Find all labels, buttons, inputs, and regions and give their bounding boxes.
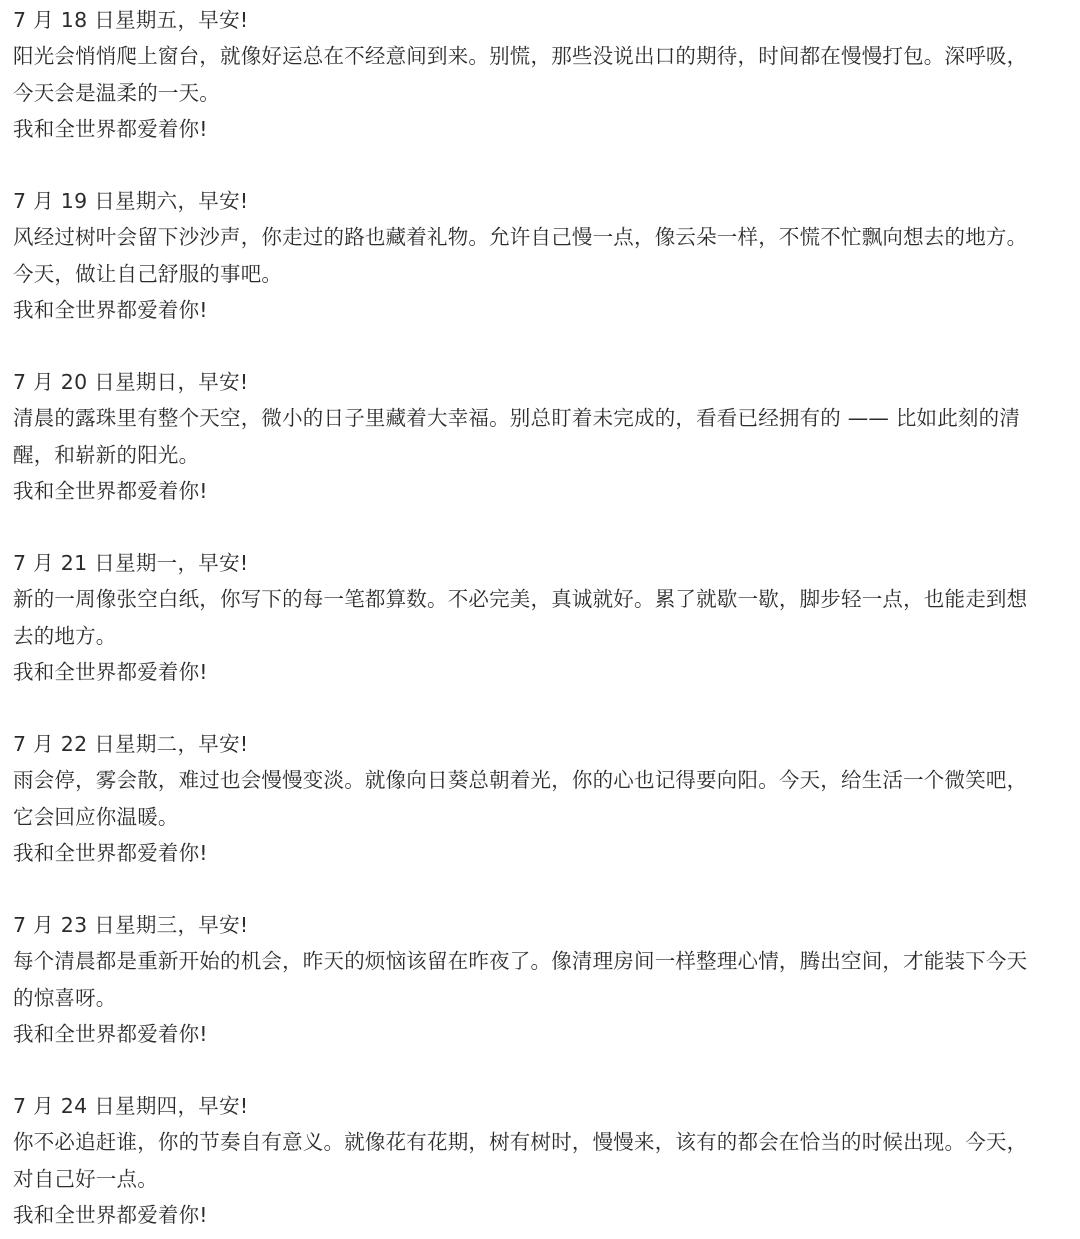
- entry-body-line: 今天会是温柔的一天。: [13, 75, 1065, 111]
- entry-body-line: 清晨的露珠里有整个天空，微小的日子里藏着大幸福。别总盯着未完成的，看看已经拥有的…: [13, 400, 1065, 436]
- entry-body-line: 每个清晨都是重新开始的机会，昨天的烦恼该留在昨夜了。像清理房间一样整理心情，腾出…: [13, 943, 1065, 979]
- entry-body-line: 今天，做让自己舒服的事吧。: [13, 256, 1065, 292]
- greeting-entry-jul-23: 7 月 23 日星期三，早安! 每个清晨都是重新开始的机会，昨天的烦恼该留在昨夜…: [13, 907, 1065, 1052]
- greeting-entry-jul-21: 7 月 21 日星期一，早安! 新的一周像张空白纸，你写下的每一笔都算数。不必完…: [13, 545, 1065, 690]
- greeting-entry-jul-19: 7 月 19 日星期六，早安! 风经过树叶会留下沙沙声，你走过的路也藏着礼物。允…: [13, 183, 1065, 328]
- greeting-entry-jul-22: 7 月 22 日星期二，早安! 雨会停，雾会散，难过也会慢慢变淡。就像向日葵总朝…: [13, 726, 1065, 871]
- entry-body-line: 新的一周像张空白纸，你写下的每一笔都算数。不必完美，真诚就好。累了就歇一歇，脚步…: [13, 581, 1065, 617]
- entry-date-heading: 7 月 22 日星期二，早安!: [13, 726, 1065, 762]
- entry-body-line: 醒，和崭新的阳光。: [13, 437, 1065, 473]
- entry-date-heading: 7 月 18 日星期五，早安!: [13, 2, 1065, 38]
- entry-closing: 我和全世界都爱着你!: [13, 1197, 1065, 1233]
- entry-body-line: 它会回应你温暖。: [13, 799, 1065, 835]
- entry-closing: 我和全世界都爱着你!: [13, 292, 1065, 328]
- greeting-entry-jul-20: 7 月 20 日星期日，早安! 清晨的露珠里有整个天空，微小的日子里藏着大幸福。…: [13, 364, 1065, 509]
- greeting-entry-jul-24: 7 月 24 日星期四，早安! 你不必追赶谁，你的节奏自有意义。就像花有花期，树…: [13, 1088, 1065, 1233]
- entry-body-line: 风经过树叶会留下沙沙声，你走过的路也藏着礼物。允许自己慢一点，像云朵一样，不慌不…: [13, 219, 1065, 255]
- entry-closing: 我和全世界都爱着你!: [13, 473, 1065, 509]
- entry-date-heading: 7 月 20 日星期日，早安!: [13, 364, 1065, 400]
- entry-body-line: 的惊喜呀。: [13, 980, 1065, 1016]
- entry-body-line: 雨会停，雾会散，难过也会慢慢变淡。就像向日葵总朝着光，你的心也记得要向阳。今天，…: [13, 762, 1065, 798]
- entry-closing: 我和全世界都爱着你!: [13, 111, 1065, 147]
- entry-date-heading: 7 月 19 日星期六，早安!: [13, 183, 1065, 219]
- entry-body-line: 去的地方。: [13, 618, 1065, 654]
- entry-date-heading: 7 月 23 日星期三，早安!: [13, 907, 1065, 943]
- morning-greetings-document: 7 月 18 日星期五，早安! 阳光会悄悄爬上窗台，就像好运总在不经意间到来。别…: [0, 0, 1080, 1239]
- entry-date-heading: 7 月 21 日星期一，早安!: [13, 545, 1065, 581]
- greeting-entry-jul-18: 7 月 18 日星期五，早安! 阳光会悄悄爬上窗台，就像好运总在不经意间到来。别…: [13, 2, 1065, 147]
- entry-closing: 我和全世界都爱着你!: [13, 1016, 1065, 1052]
- entry-date-heading: 7 月 24 日星期四，早安!: [13, 1088, 1065, 1124]
- entry-closing: 我和全世界都爱着你!: [13, 835, 1065, 871]
- entry-body-line: 你不必追赶谁，你的节奏自有意义。就像花有花期，树有树时，慢慢来，该有的都会在恰当…: [13, 1124, 1065, 1160]
- entry-body-line: 阳光会悄悄爬上窗台，就像好运总在不经意间到来。别慌，那些没说出口的期待，时间都在…: [13, 38, 1065, 74]
- entry-closing: 我和全世界都爱着你!: [13, 654, 1065, 690]
- entry-body-line: 对自己好一点。: [13, 1161, 1065, 1197]
